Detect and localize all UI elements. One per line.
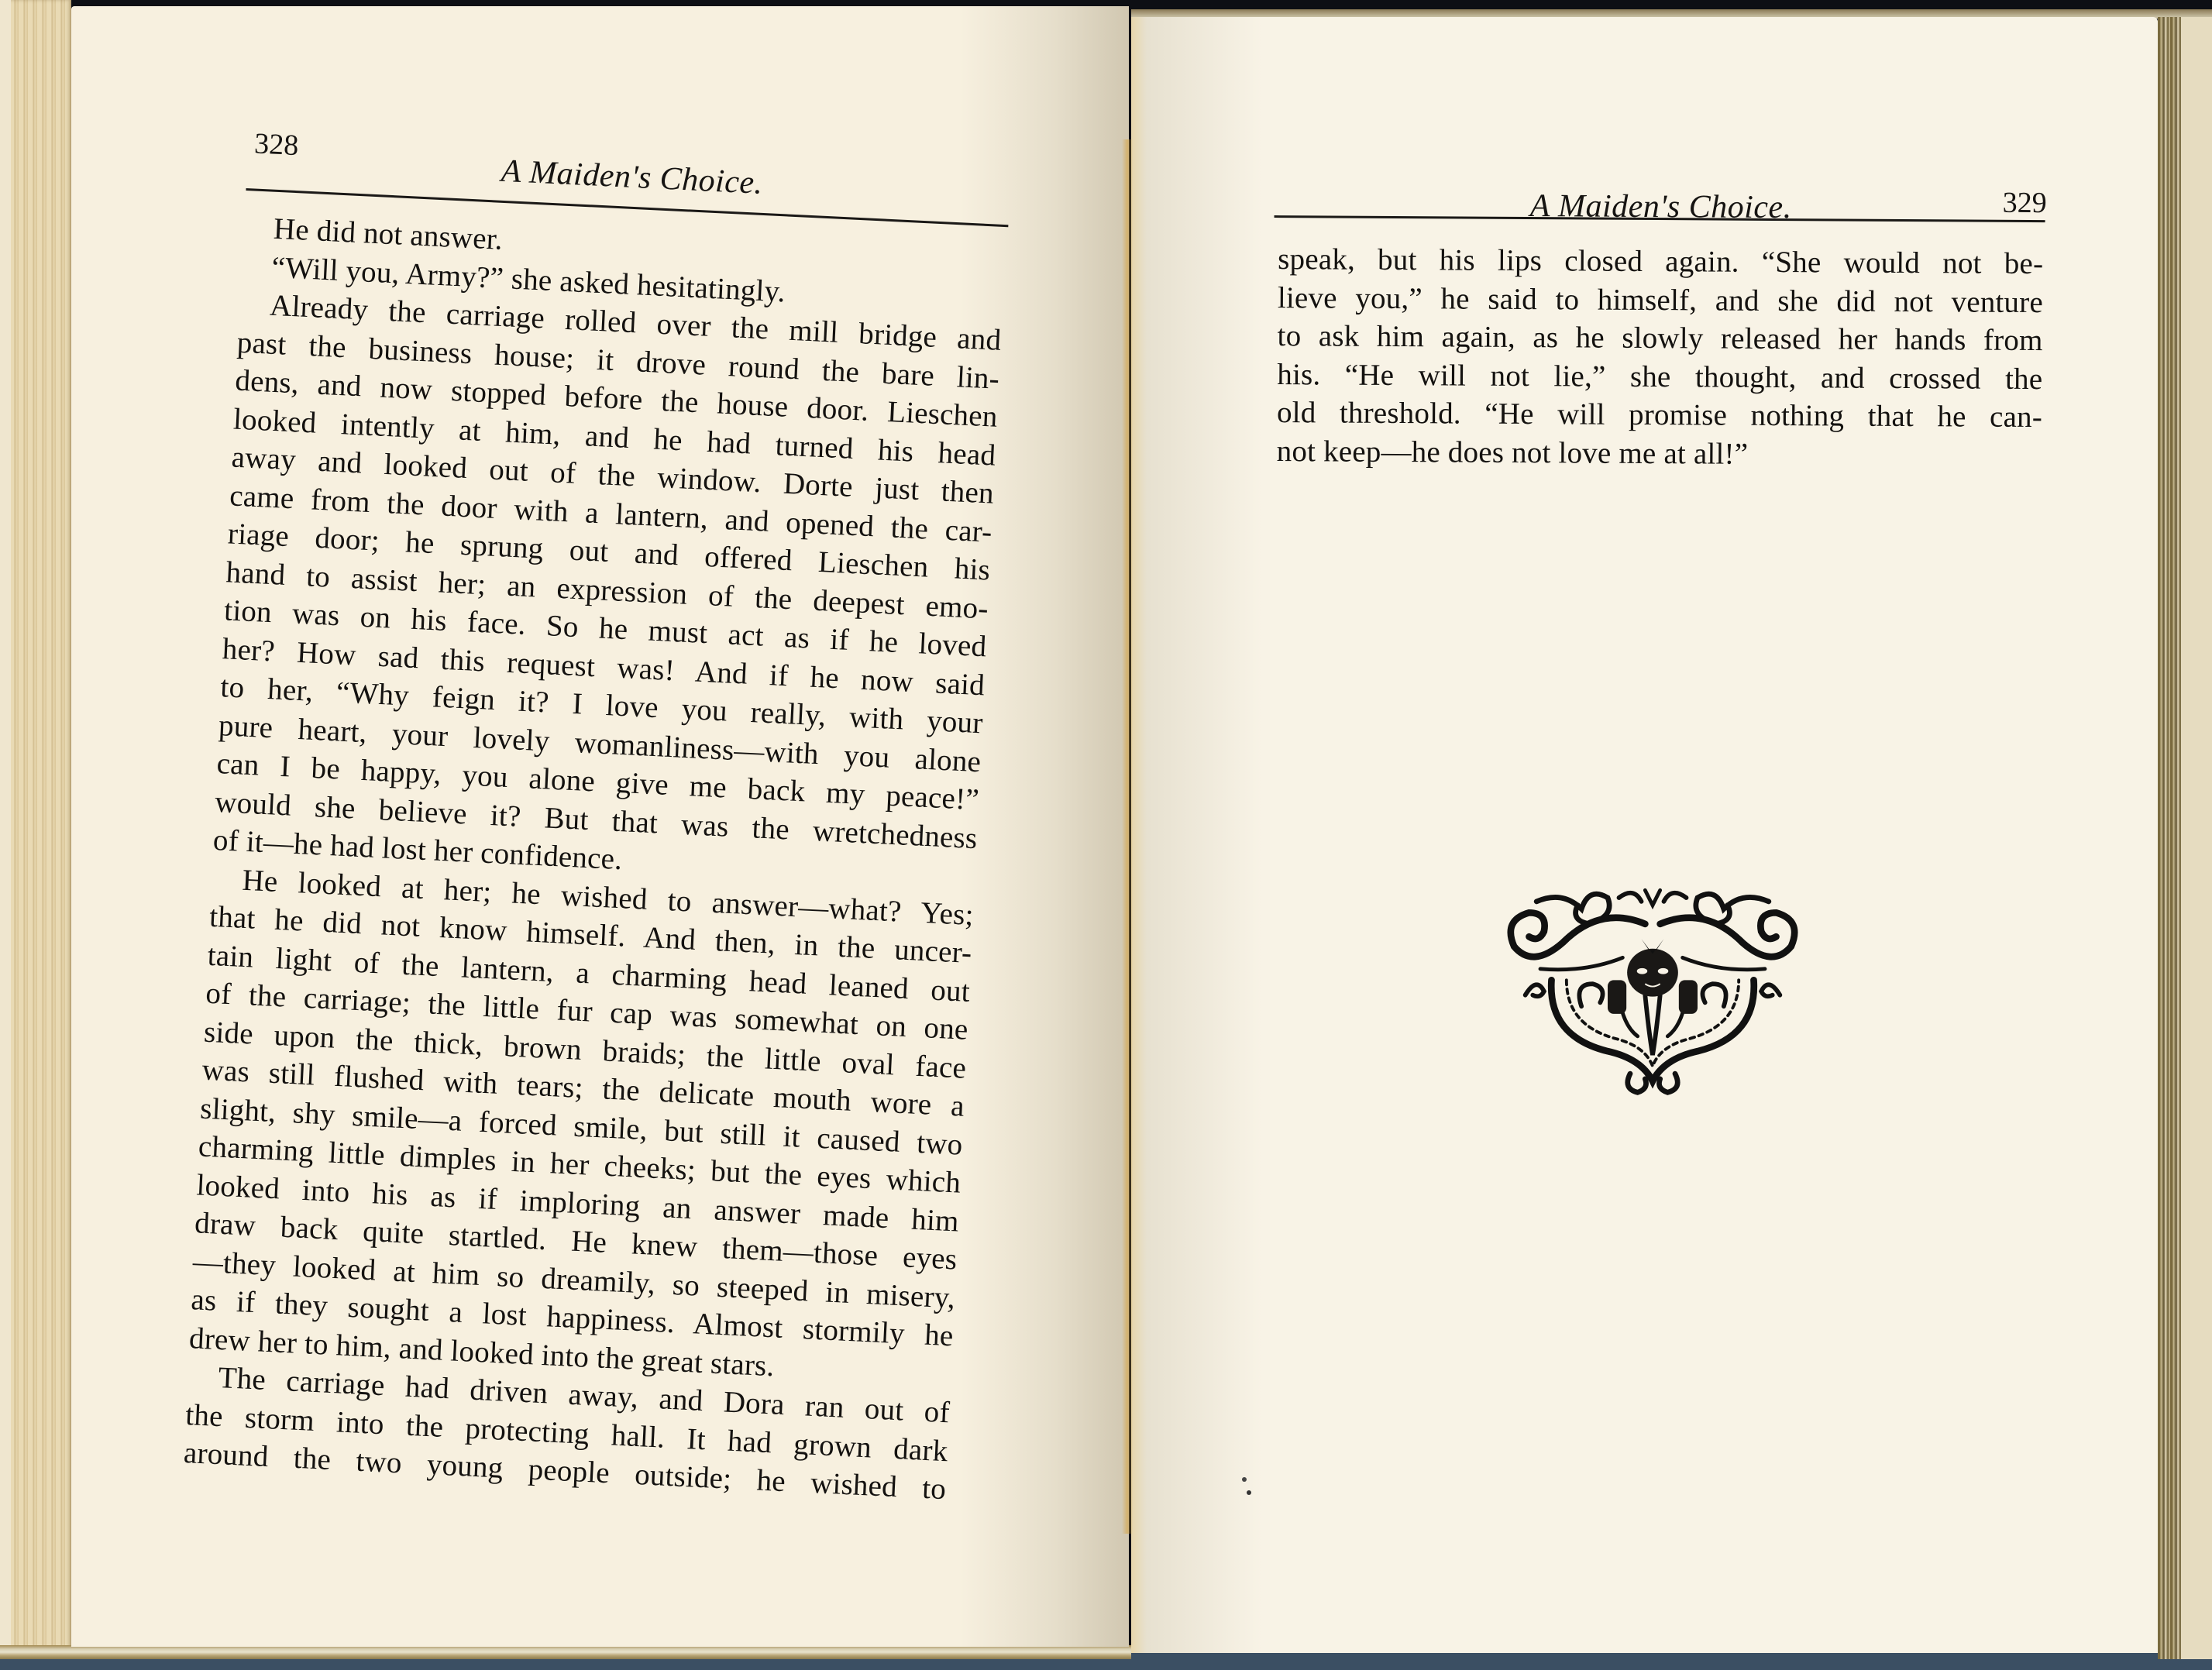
left-page-content: 328 A Maiden's Choice. He did not answer… [163, 116, 1053, 1587]
running-head-title-right: A Maiden's Choice. [1530, 187, 1792, 226]
left-page-text: He did not answer.“Will you, Army?” she … [183, 208, 1006, 1509]
text-line: speak, but his lips closed again. “She w… [1278, 240, 2043, 283]
left-page-edges [0, 0, 71, 1658]
ink-specks [1240, 1476, 1255, 1499]
gutter-stain [1122, 139, 1133, 1534]
running-head-title-left: A Maiden's Choice. [501, 153, 764, 202]
right-page-edges [2158, 17, 2212, 1659]
text-line: lieve you,” he said to himself, and she … [1278, 279, 2043, 322]
text-line: his. “He will not lie,” she thought, and… [1277, 356, 2042, 399]
right-page-text: speak, but his lips closed again. “She w… [1277, 240, 2044, 475]
page-number-left: 328 [253, 126, 299, 163]
bottom-page-edges [0, 1645, 1131, 1659]
text-line: not keep—he does not love me at all!” [1277, 432, 2042, 476]
text-line: old threshold. “He will promise nothing … [1277, 393, 2042, 437]
right-running-head: A Maiden's Choice. 329 [1270, 163, 2053, 234]
page-number-right: 329 [2003, 186, 2047, 220]
text-line: to ask him again, as he slowly released … [1277, 317, 2042, 360]
right-page-content: A Maiden's Choice. 329 speak, but his li… [1268, 163, 2053, 493]
satyr-head-ornament-icon [1494, 875, 1811, 1100]
